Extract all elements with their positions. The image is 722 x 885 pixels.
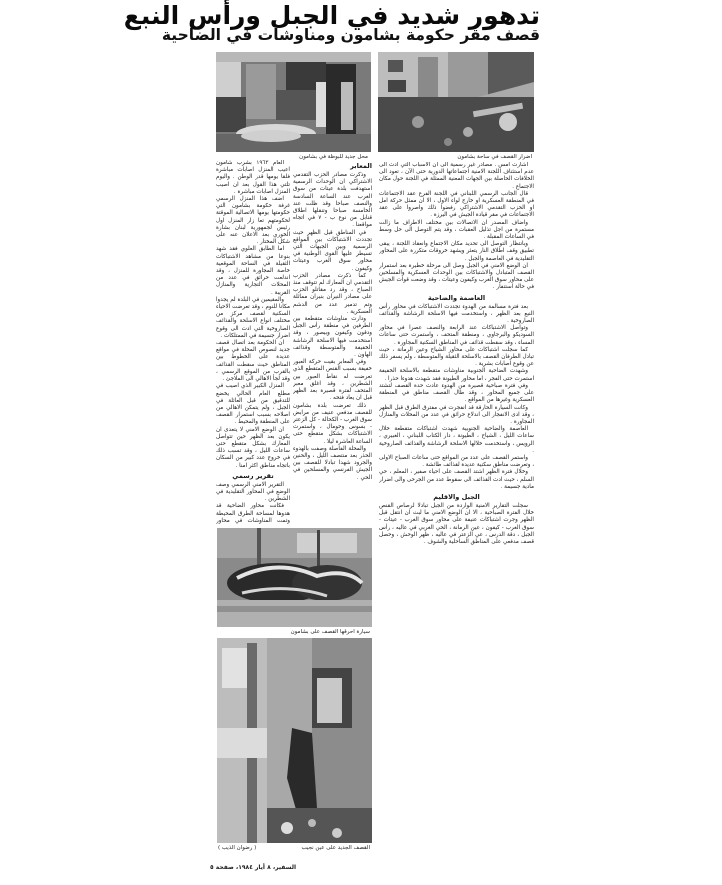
section-heading-capital-suburbs: العاصمة والضاحية [379,294,534,302]
photo-top-left [216,52,371,152]
paragraph: والمحلة الفاصلة وصفت بالهدوء الحذر بعد م… [293,446,372,482]
paragraph: وكانت السيارة الحارقة قد انفجرت في مفترق… [379,405,534,427]
section-heading-mountain-region: الجبل والاقليم [379,493,534,501]
paragraph: اشارت امس . مصادر غير رسمية الى ان الاسب… [379,162,534,191]
article-column-right: اشارت امس . مصادر غير رسمية الى ان الاسب… [379,162,534,860]
paragraph: قال الجانب الرسمي اللبناني في اللجنة الف… [379,191,534,220]
page-footer-citation: السفير، ٨ أيار ١٩٨٤، صفحة ٥ [210,864,296,871]
photo-caption-damaged-building: القصف الجديد على عين نجيب [260,845,370,852]
paragraph: فكانت محاور الضاحية قد هدوها لمساحة الطر… [216,503,290,524]
paragraph: وبانتظار التوصل الى تحديد مكان الاجتماع … [379,241,534,263]
photo-damaged-building [217,638,372,843]
section-heading-official-report: تقرير رسمي [216,472,290,480]
photo-top-right [378,52,534,152]
paragraph: سجلت التقارير الامنية الواردة من الجبل ت… [379,503,534,546]
paragraph: والمقيمين في البلدة لم يجدوا مكانا للنوم… [216,297,290,340]
photo-credit: ( رضوان الذيب ) [218,845,268,852]
paragraph: بعد فترة مسالمة من الهدوء تجددت الاشتباك… [379,304,534,326]
paragraph: وتواصل الاشتباكات عند الرابعة والنصف عصر… [379,325,534,347]
paragraph: واضاف المصدر ان الاتصالات بين مختلف الاط… [379,220,534,242]
paragraph: ان الوضع الامني لا يتعدى ان يكون بعد الظ… [216,427,290,470]
paragraph: واستمر القصف على عدد من المواقع حتى ساعا… [379,455,534,469]
paragraph: وذكرت مصادر الحزب التقدمي الاشتراكي ان ا… [293,172,372,230]
paragraph: اما الطابق العلوي فقد شهد بنوعا من مشاهد… [216,246,290,296]
paragraph: العاصمة والضاحية الجنوبية شهدت اشتباكات … [379,426,534,455]
paragraph: المنزل الكبير الذي اصيب في مطلع العام ال… [216,383,290,426]
article-column-middle: المعابر وذكرت مصادر الحزب التقدمي الاشتر… [293,160,372,524]
photo-caption-top-right: اضرار القصف في ساحة بشامون [380,154,532,161]
paragraph: وفي فترة صباحية قصيرة من الهدوء عادت حدة… [379,383,534,405]
photo-burnt-car [217,528,372,627]
paragraph: وشهدت الضاحية الجنوبية مناوشات متقطعة با… [379,368,534,382]
paragraph: اضف هذا المنزل الرسمي غرفة حكومة بشامون … [216,196,290,246]
section-heading-crossings: المعابر [293,162,372,170]
newspaper-page: تدهور شديد في الجبل ورأس النبع قصف مقر ح… [0,0,722,885]
subheadline: قصف مقر حكومة بشامون ومناوشات في الضاحية [205,27,540,44]
paragraph: ان الحكومة بعد اتصال قصف جديد لنصوص المح… [216,340,290,383]
paragraph: وخلال فترة الظهر اشتد القصف على احياء صف… [379,469,534,491]
paragraph: العام ١٩٦٣ بشرب شامون اعيب المنزل اصابات… [216,160,290,196]
article-column-left: العام ١٩٦٣ بشرب شامون اعيب المنزل اصابات… [216,160,290,524]
paragraph: التقرير الامني الرسمي وصف الوضع في المحا… [216,482,290,504]
paragraph: كما سجلت اشتباكات على محاور الشياح وعين … [379,347,534,369]
paragraph: ودارت مناوشات متقطعة بين الطرفين في منطق… [293,316,372,359]
paragraph: ان الوضع الامني في الجبل وصل الى مرحلة خ… [379,263,534,292]
photo-caption-burnt-car: سيارة احرقها القصف على بشامون [218,629,370,636]
paragraph: كما ذكرت مصادر الحزب التقدمي ان المعارك … [293,273,372,316]
paragraph: وفي المعابر بقيت حركة العبور خفيفة بسبب … [293,359,372,402]
paragraph: ذلك تعرضت بلدة بشامون للقصف مدفعي عنيف م… [293,403,372,446]
paragraph: في المناطق قبل الظهر حيث تجددت الاشتباكا… [293,230,372,273]
